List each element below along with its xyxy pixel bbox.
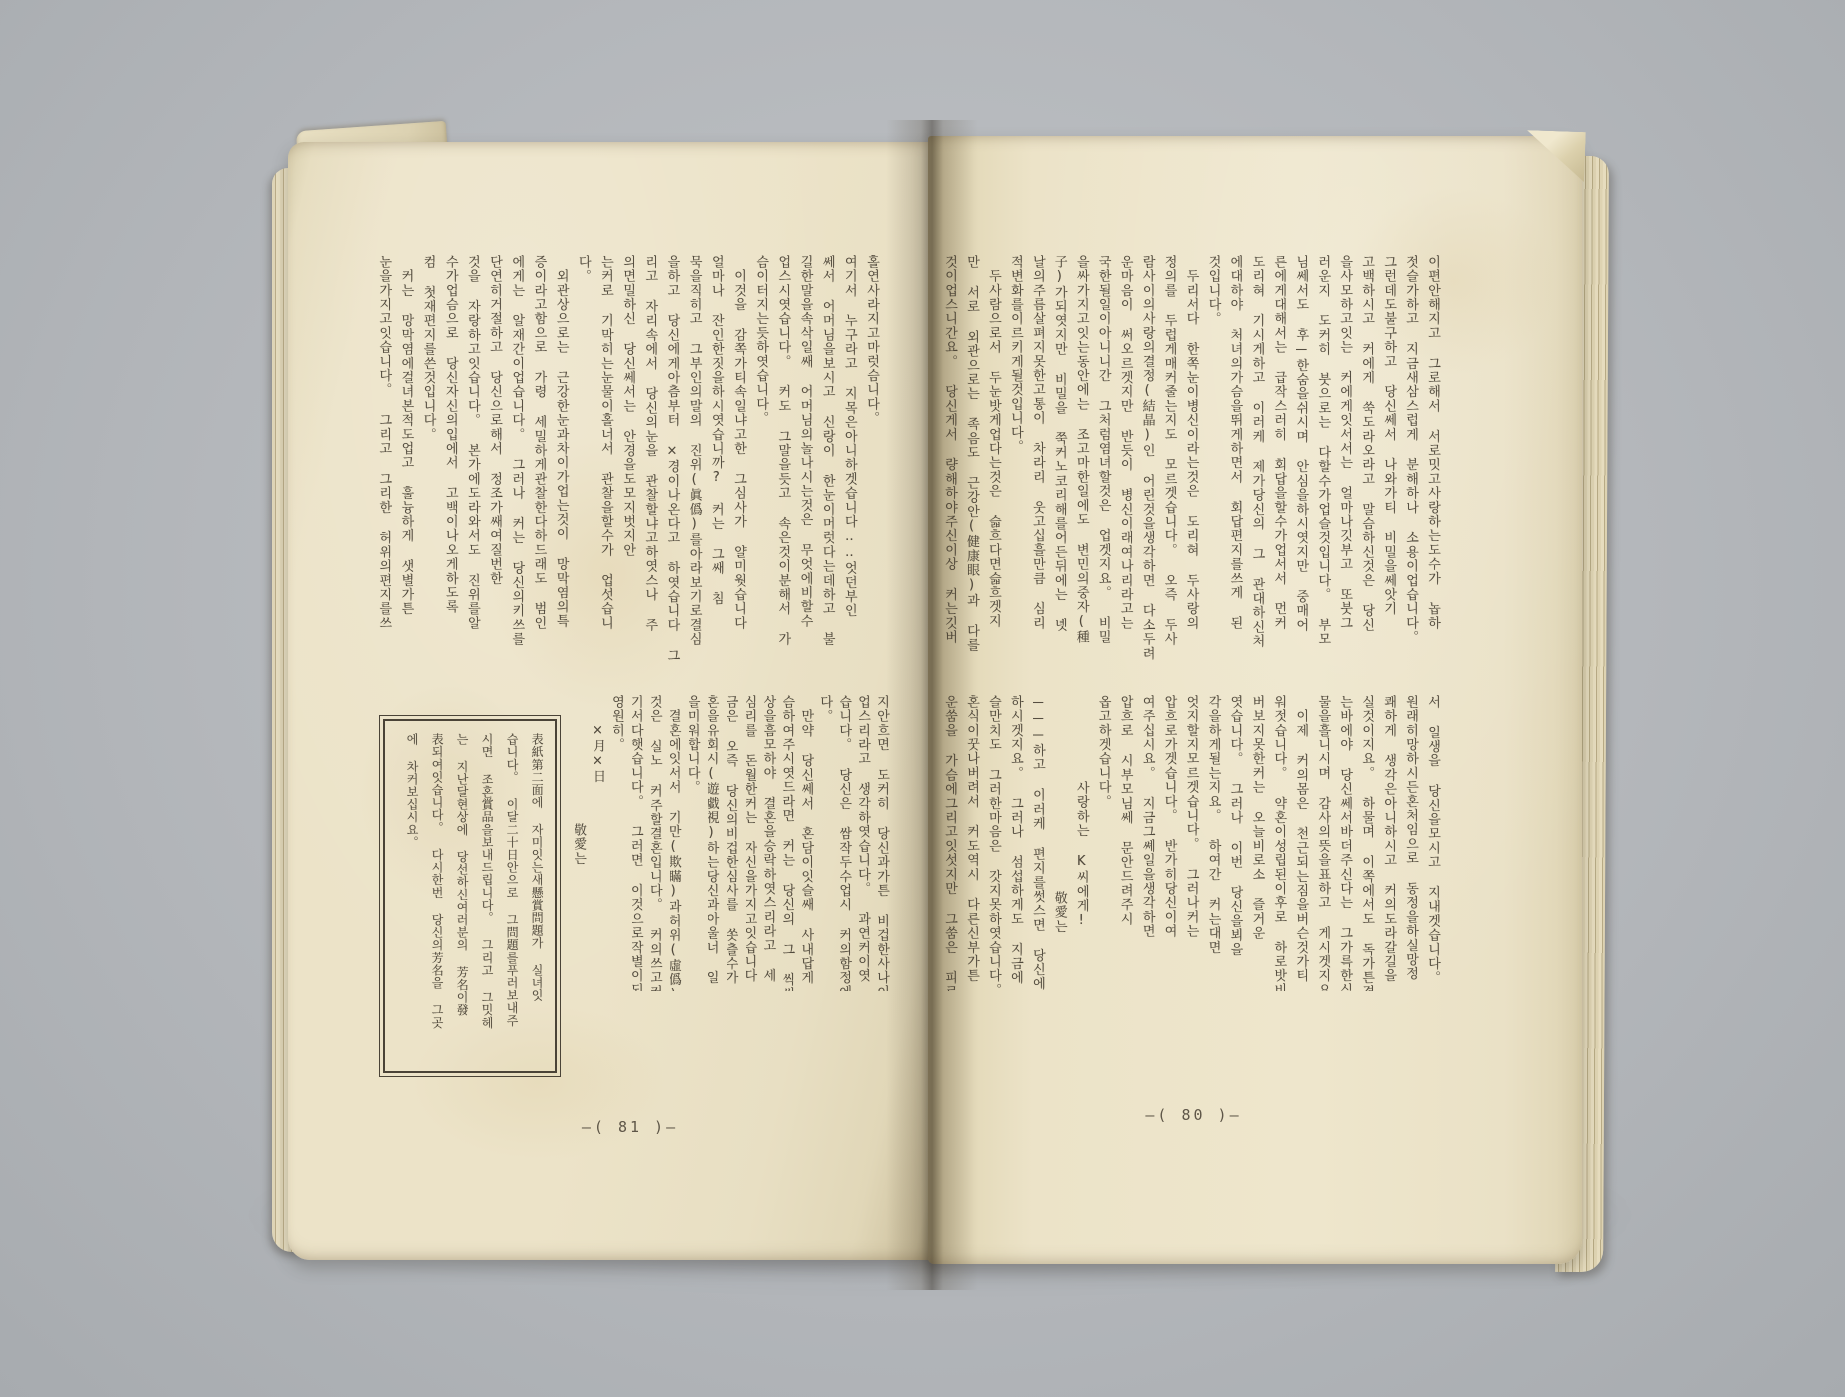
text-column: 쾌하게 생각은아니하시고 커의도라갈길을 깃버하야주: [1384, 695, 1398, 991]
text-column: 기서다햇습니다。 그러면 이것으로작별이되겟습니다。: [632, 695, 645, 991]
text-column: 서 일생을 당신을모시고 지내겟습니다。 부모님에서도: [1428, 695, 1442, 991]
text-column: 압흐로 시부모님쎄 문안드려주시: [1121, 695, 1135, 991]
text-column: 만 서로 외관으로는 족음도 근강안(健康眼)과 다를: [967, 255, 981, 677]
text-column: 른에게대해서는 급작스러히 회답을할수가업서서 먼커: [1274, 255, 1288, 677]
text-column: 옵고하겟습니다。: [1099, 695, 1113, 991]
text-column: 도리혀 기시게하고 이러케 제가당신의 그 관대하신처: [1252, 255, 1266, 677]
text-column: 영원히。: [613, 695, 626, 991]
text-column: 람사이의사랑의결정(結晶)인 어린것을생각하면 다소두려: [1143, 255, 1157, 677]
text-column: 러운지 도커히 붓으로는 다할수가업슬것입니다。 부모: [1318, 255, 1332, 677]
text-column: 다。: [579, 255, 593, 679]
text-column: 심리를 돈월한커는 자신을가지고잇습니다: [746, 695, 759, 991]
text-column: ———하고 이러케 편지를썻스면 당신에서는 퍽깃버: [1033, 695, 1047, 991]
letter-date: ×月×日: [594, 695, 607, 991]
text-column: 워젓습니다。 약혼이성립된이후로 하로밧비: [1274, 695, 1288, 991]
text-column: 에대하야 처녀의가슴을뛰게하면서 회답편지를쓰게 된: [1230, 255, 1244, 677]
text-column: 두리서다 한쪽눈이병신이라는것은 도리혀 두사랑의: [1187, 255, 1201, 677]
text-column: 정의를 두럽게매커줄는지도 모르겟습니다。 오즉 두사: [1165, 255, 1179, 677]
text-column: 단연히거절하고 당신으로해서 정조가쌔여질번한: [490, 255, 504, 679]
letter-heading: 사랑하는 K씨에게!: [1077, 695, 1091, 991]
notice-text-column: 시면 조혼賞品을보내드립니다。 그리고 그밋헤: [478, 733, 496, 1059]
text-column: 상을흠모하야 결혼을승락하엿스리라고 세: [764, 695, 777, 991]
text-column: 버보지못한커는 오늘비로소 즐거운: [1252, 695, 1266, 991]
text-column: 다。: [821, 695, 834, 991]
text-column: 엿습니다。 그러나 이번 당신을뵈을: [1230, 695, 1244, 991]
text-column: 에게는 알재간이업습니다。 그러나 커는 당신의키쓰를: [512, 255, 526, 679]
text-column: 국한될일이아니니간 그처럼염녀할것은 업겟지요。 비밀: [1099, 255, 1113, 677]
text-column: 길한말을속삭일쌔 어머님의놀나시는것은 무엇에비할수: [800, 255, 814, 679]
letter-signature: 敬愛는: [575, 695, 588, 991]
text-column: 지안흐면 도커히 당신과가튼 비겁한사나이는: [878, 695, 891, 991]
text-column: 을하고 당신에게아츰부터 ×경이나온다고 하엿습니다 그: [667, 255, 681, 679]
text-column: 것이업스니간요。 당신게서 량해하야주신이상 커는깃버: [945, 255, 959, 677]
right-page-lower-text: 서 일생을 당신을모시고 지내겟습니다。 부모님에서도원래히망하시든혼처임으로 …: [945, 695, 1442, 991]
text-column: 운쑴을 가슴에그리고잇섯지만 그쑴은 피로연석상에서: [945, 695, 959, 991]
letter-signature: 敬愛는: [1055, 695, 1069, 991]
text-column: 만약 당신쎄서 혼담이잇슬쌔 사내답게 말: [802, 695, 815, 991]
text-column: 것입니다。: [1209, 255, 1223, 677]
text-column: 슴하여주시엿드라면 커는 당신의 그 씩씩: [783, 695, 796, 991]
text-column: 이제 커의몸은 천근되는짐을버슨것가티 가벼: [1296, 695, 1310, 991]
right-page-upper-text: 이편안해지고 그로해서 서로밋고사랑하는도수가 놉하젓슬가하고 지금새삼스럽게 …: [945, 255, 1442, 677]
text-column: 이것을 감쪽가티속일냐고한 그심사가 얄미웟습니다: [734, 255, 748, 679]
text-column: 여주십시요。 지금그쎼일을생각하면: [1143, 695, 1157, 991]
text-column: 실것이지요。 하물며 이쪽에서도 독가튼결심을하고잇: [1362, 695, 1376, 991]
page-number-left: —( 81 )—: [379, 1118, 881, 1136]
text-column: 을사모하고잇는 커에게잇서서는 얼마나깃부고 또붓그: [1340, 255, 1354, 677]
notice-box-inner: 表紙第二面에 자미잇는새懸賞問題가 실녀잇습니다。 이달二十日안으로 그問題를푸…: [383, 719, 557, 1073]
photo-background: 홀연사라지고마럿슴니다。여기서 누구라고 지목은아니하겟습니다‥‥엇던부인쎄서 …: [0, 0, 1845, 1397]
text-column: 적변화를이르키게될것입니다。: [1011, 255, 1025, 677]
text-column: 원래히망하시든혼처임으로 동정을하실망정 조곰도불유: [1406, 695, 1420, 991]
text-column: 젓슬가하고 지금새삼스럽게 분해하나 소용이업습니다。: [1406, 255, 1420, 677]
left-page-upper-text: 홀연사라지고마럿슴니다。여기서 누구라고 지목은아니하겟습니다‥‥엇던부인쎄서 …: [379, 255, 881, 679]
text-column: 子)가되엿지만 비밀을 쭉커노코리해를어든뒤에는 녯: [1055, 255, 1069, 677]
notice-text-column: 는 지난달현상에 당선하신여러분의 芳名이發: [453, 733, 471, 1059]
text-column: 이편안해지고 그로해서 서로밋고사랑하는도수가 놉하: [1428, 255, 1442, 677]
text-column: 리고 자리속에서 당신의눈을 관찰할냐고하엿스나 주: [645, 255, 659, 679]
text-column: 업스시엿습니다。 커도 그말을듯고 속은것이분해서 가: [778, 255, 792, 679]
text-column: 을미워합니다。: [689, 695, 702, 991]
dog-eared-corner: [1520, 130, 1586, 182]
text-column: 업스리라고 생각하엿습니다。 과연커이엿: [859, 695, 872, 991]
text-column: 엇지할지모르겟습니다。 그러나커는: [1187, 695, 1201, 991]
open-book: 홀연사라지고마럿슴니다。여기서 누구라고 지목은아니하겟습니다‥‥엇던부인쎄서 …: [252, 120, 1618, 1290]
text-column: 눈을가지고잇습니다。 그리고 그리한 허위의편지를쓰: [379, 255, 393, 679]
text-column: 의면밀하신 당신쎄서는 안경을도모지벗지안: [623, 255, 637, 679]
left-page-lower-text: 지안흐면 도커히 당신과가튼 비겁한사나이는업스리라고 생각하엿습니다。 과연커…: [379, 695, 891, 991]
text-column: 것을 자랑하고잇습니다。 본가에도라와서도 진위를알: [468, 255, 482, 679]
text-column: 얼마나 잔인한짓을하시엿습니까? 커는 그쌔 침: [712, 255, 726, 679]
text-column: 컴 첫재편지를쓴것입니다。: [423, 255, 437, 679]
text-column: 각을하게될는지요。 하여간 커는대면: [1209, 695, 1223, 991]
text-column: 여기서 누구라고 지목은아니하겟습니다‥‥엇던부인: [845, 255, 859, 679]
text-column: 날의주름살펴지못한고통이 차라리 웃고십흘만큼 심리: [1033, 255, 1047, 677]
text-column: 혼을유회시(遊戱視)하는당신과아울너 일: [708, 695, 721, 991]
text-column: 을싸가지고잇는동안에는 조고마한일에도 변민의중자(種: [1077, 255, 1091, 677]
text-column: 습니다。 당신은 쌈작두수업시 커의함정에싸지엇습니: [840, 695, 853, 991]
text-column: 고백하시고 커에게 쑥도라오라고 말슴하신것은 당신: [1362, 255, 1376, 677]
text-column: 커는 망막염에걸녀본적도업고 훌늉하게 샛별가튼: [401, 255, 415, 679]
text-column: 쎄서 어머님을보시고 신랑이 한눈이머럿다는데하고 불: [822, 255, 836, 679]
text-column: 홀연사라지고마럿슴니다。: [867, 255, 881, 679]
left-page: 홀연사라지고마럿슴니다。여기서 누구라고 지목은아니하겟습니다‥‥엇던부인쎄서 …: [288, 142, 940, 1260]
notice-text-column: 表되여잇습니다。 다시한번 당신의芳名을 그곳: [428, 733, 446, 1059]
text-column: 슴이터지는듯하엿습니다。: [756, 255, 770, 679]
text-column: 수가업슴으로 당신자신의입에서 고백이나오게하도록: [446, 255, 460, 679]
text-column: 묵을직히고 그부인의말의 진위(眞僞)를아라보기로결심: [689, 255, 703, 679]
text-column: 는커로 기막히는눈물이홀너서 관찰을할수가 업섯습니: [601, 255, 615, 679]
text-column: 하시겟지요。 그러나 섬섭하게도 지금에 커로서는 희: [1011, 695, 1025, 991]
notice-box: 表紙第二面에 자미잇는새懸賞問題가 실녀잇습니다。 이달二十日안으로 그問題를푸…: [379, 715, 561, 1077]
text-column: 금은 오즉 당신의비겁한심사를 쏫츨수가: [727, 695, 740, 991]
notice-text-column: 에 차커보십시요。: [403, 733, 421, 1059]
notice-text-column: 表紙第二面에 자미잇는새懸賞問題가 실녀잇: [528, 733, 546, 1059]
text-column: 물을흘니시며 감사의뜻을표하고 게시겟지요: [1318, 695, 1332, 991]
page-number-right: —( 80 )—: [945, 1106, 1442, 1124]
text-column: 혼식이꿋나버려서 커도역시 다른신부가튼 즐거: [967, 695, 981, 991]
text-column: 는바에야 당신쎄서바더주신다는 그가륵한심청에는 눈: [1340, 695, 1354, 991]
text-column: 외관상으로는 근강한눈과차이가업는것이 망막염의특: [556, 255, 570, 679]
text-column: 님쎄서도 후—한숨을쉬시며 안심을하시엿지만 중매어: [1296, 255, 1310, 677]
text-column: 운마음이 써오르겟지만 반듯이 병신이래여나리라고는: [1121, 255, 1135, 677]
text-column: 두사람으로서 두눈밧게업다는것은 슯흐다면슯흐겟지: [989, 255, 1003, 677]
text-column: 슬만치도 그러한마음은 갓지못하엿습니다。: [989, 695, 1003, 991]
text-column: 그런데도불구하고 당신쎄서 나와가티 비밀을쎄앗기: [1384, 255, 1398, 677]
text-column: 결혼에잇서서 기만(欺瞞)과허위(虛僞)로서: [670, 695, 683, 991]
notice-text-column: 습니다。 이달二十日안으로 그問題를푸러보내주: [503, 733, 521, 1059]
text-column: 것은 실노 커주할결혼입니다。 커의쓰고커: [651, 695, 664, 991]
right-page: 이편안해지고 그로해서 서로밋고사랑하는도수가 놉하젓슬가하고 지금새삼스럽게 …: [928, 136, 1582, 1264]
text-column: 증이라고함으로 가령 세밀하게관찰한다하드래도 범인: [534, 255, 548, 679]
text-column: 압흐로가겟습니다。 반가히당신이여: [1165, 695, 1179, 991]
